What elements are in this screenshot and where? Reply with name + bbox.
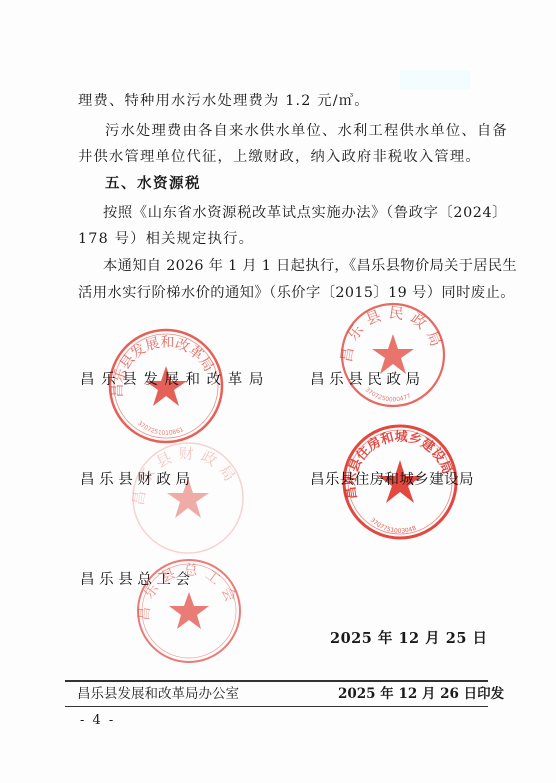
svg-text:3707251010861: 3707251010861 <box>136 420 185 437</box>
body-line-2: 污水处理费由各自来水供水单位、水利工程供水单位、自备 <box>105 122 508 140</box>
svg-text:昌乐县住房和城乡建设局: 昌乐县住房和城乡建设局 <box>343 429 455 500</box>
document-page: 理费、特种用水污水处理费为 1.2 元/㎥。 污水处理费由各自来水供水单位、水利… <box>0 0 556 783</box>
body-line-7: 本通知自 2026 年 1 月 1 日起执行，《昌乐县物价局关于居民生 <box>103 257 517 275</box>
signature-civil-affairs: 昌 乐 县 民 政 局 <box>310 371 420 389</box>
signature-trade-union: 昌 乐 县 总 工 会 <box>80 571 190 589</box>
svg-text:3707751003048: 3707751003048 <box>369 517 417 535</box>
signature-finance: 昌 乐 县 财 政 局 <box>80 471 190 489</box>
footer-issuer: 昌乐县发展和改革局办公室 <box>77 686 239 702</box>
stamp-civil-affairs-icon: 昌乐县民政局 3707250000477 <box>338 300 448 410</box>
page-number: - 4 - <box>80 713 115 728</box>
svg-text:昌乐县民政局: 昌乐县民政局 <box>338 303 448 363</box>
scan-tint <box>400 70 470 90</box>
footer-top-rule <box>65 680 488 682</box>
section-heading: 五、水资源税 <box>105 175 201 193</box>
footer-bottom-rule <box>65 706 488 707</box>
body-line-8: 活用水实行阶梯水价的通知》（乐价字〔2015〕19 号）同时废止。 <box>78 284 515 302</box>
stamp-finance-icon: 昌乐县财政局 <box>128 438 248 558</box>
footer-print-date: 2025 年 12 月 26 日印发 <box>338 686 504 702</box>
body-line-3: 井供水管理单位代征，上缴财政，纳入政府非税收入管理。 <box>78 148 481 166</box>
body-line-1: 理费、特种用水污水处理费为 1.2 元/㎥。 <box>78 92 370 110</box>
signature-housing: 昌乐县住房和城乡建设局 <box>310 471 474 489</box>
body-line-5: 按照《山东省水资源税改革试点实施办法》（鲁政字〔2024〕 <box>103 204 507 222</box>
issue-date: 2025 年 12 月 25 日 <box>330 627 487 648</box>
signature-development-reform: 昌 乐 县 发 展 和 改 革 局 <box>80 371 264 389</box>
body-line-6: 178 号）相关规定执行。 <box>78 230 254 248</box>
